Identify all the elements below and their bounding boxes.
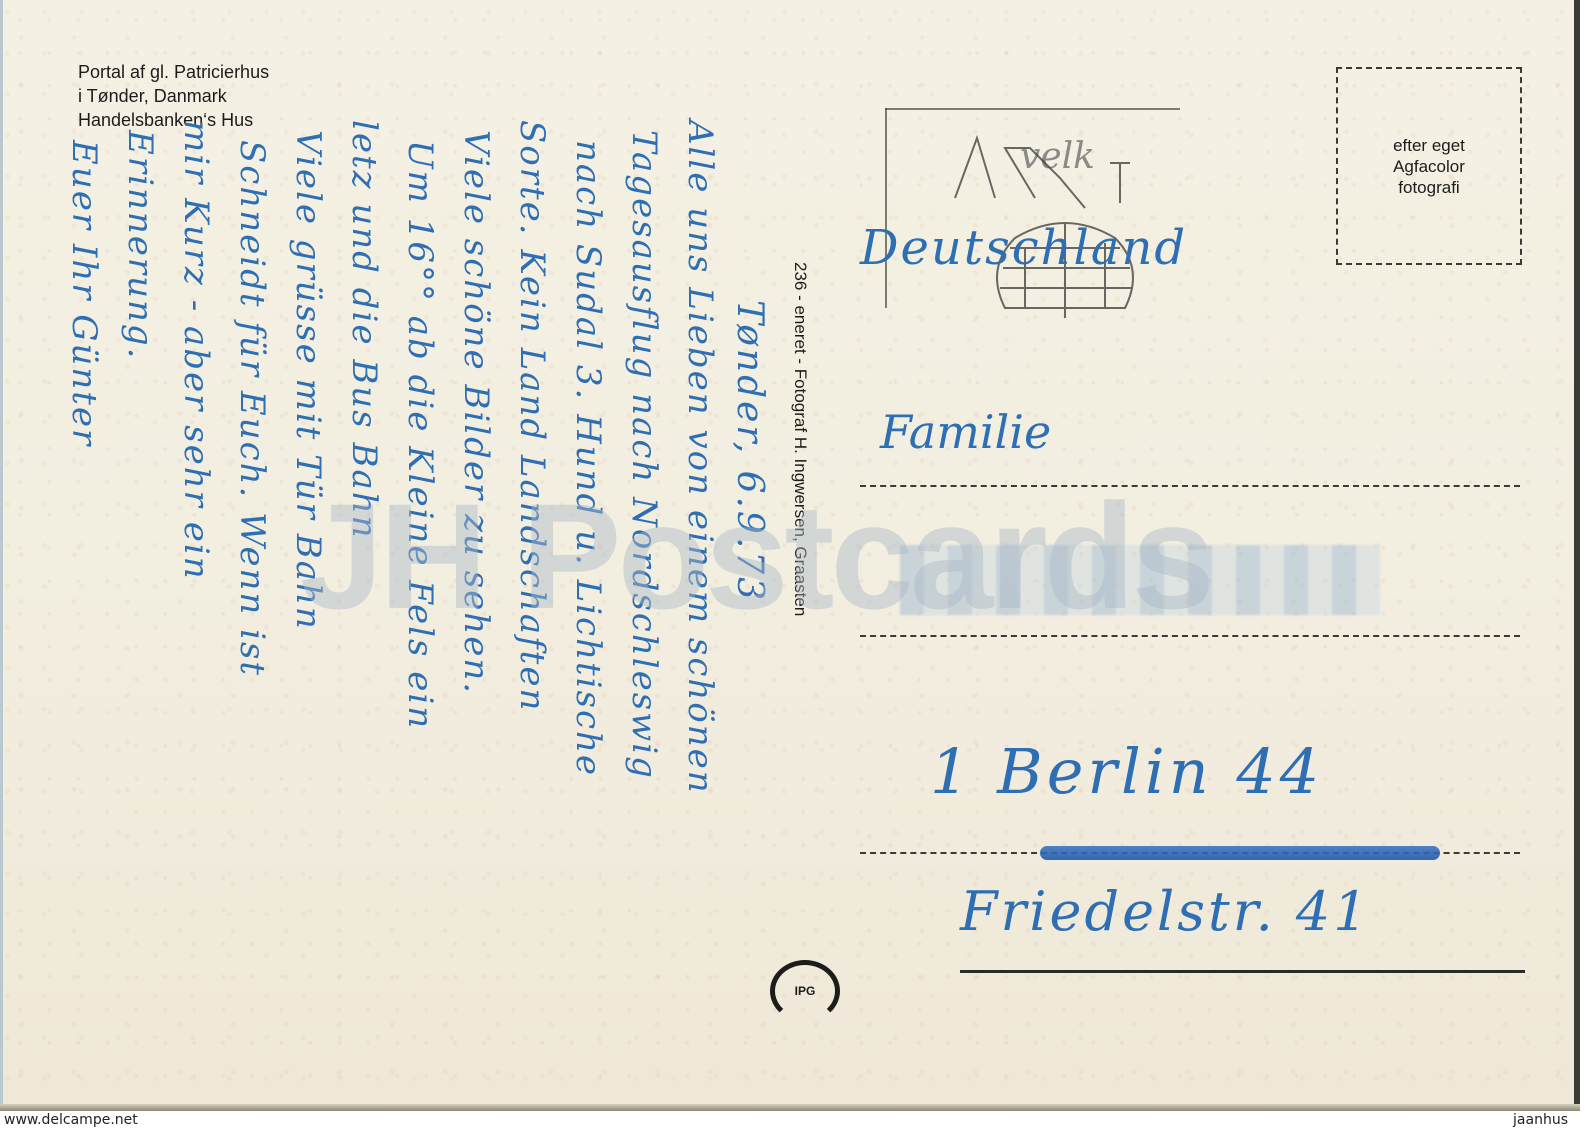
postcard-back: Portal af gl. Patricierhus i Tønder, Dan… (0, 0, 1580, 1111)
stamp-box-text: efter eget (1393, 135, 1465, 156)
address-line (960, 970, 1525, 973)
stamp-box-text: Agfacolor (1393, 156, 1465, 177)
source-site-label: www.delcampe.net (4, 1112, 138, 1128)
ink-underline (1040, 846, 1440, 860)
message-line: Schneidt für Euch. Wenn ist (232, 140, 272, 677)
message-line: Tagesausflug nach Nordschleswig (624, 130, 664, 780)
postcard-caption: Portal af gl. Patricierhus i Tønder, Dan… (78, 60, 269, 132)
publisher-logo: IPG (770, 960, 840, 1022)
footer: www.delcampe.net jaanhus (0, 1111, 1590, 1131)
caption-line: Handelsbanken‘s Hus (78, 108, 269, 132)
postmark: velk (885, 108, 1245, 328)
address-city: 1 Berlin 44 (930, 735, 1323, 808)
message-line: Erinnerung. (120, 130, 160, 360)
message-line: Euer Ihr Günter (64, 140, 104, 447)
address-country: Deutschland (860, 220, 1187, 276)
message-line: Alle uns Lieben von einem schönen (680, 120, 720, 795)
watermark: JH Postcards (300, 470, 1211, 643)
address-recipient: Familie (880, 405, 1051, 459)
stamp-placeholder-box: efter eget Agfacolor fotografi (1336, 67, 1522, 265)
card-edge (0, 1104, 1580, 1111)
seller-name-label: jaanhus (1513, 1112, 1568, 1128)
message-line: nach Sudal 3. Hund u. Lichtische (568, 140, 608, 777)
publisher-logo-text: IPG (795, 984, 816, 998)
stamp-box-text: fotografi (1398, 177, 1459, 198)
caption-line: i Tønder, Danmark (78, 84, 269, 108)
caption-line: Portal af gl. Patricierhus (78, 60, 269, 84)
address-street: Friedelstr. 41 (960, 880, 1371, 943)
globe-icon (885, 108, 1245, 328)
message-line: mir Kurz - aber sehr ein (176, 120, 216, 581)
